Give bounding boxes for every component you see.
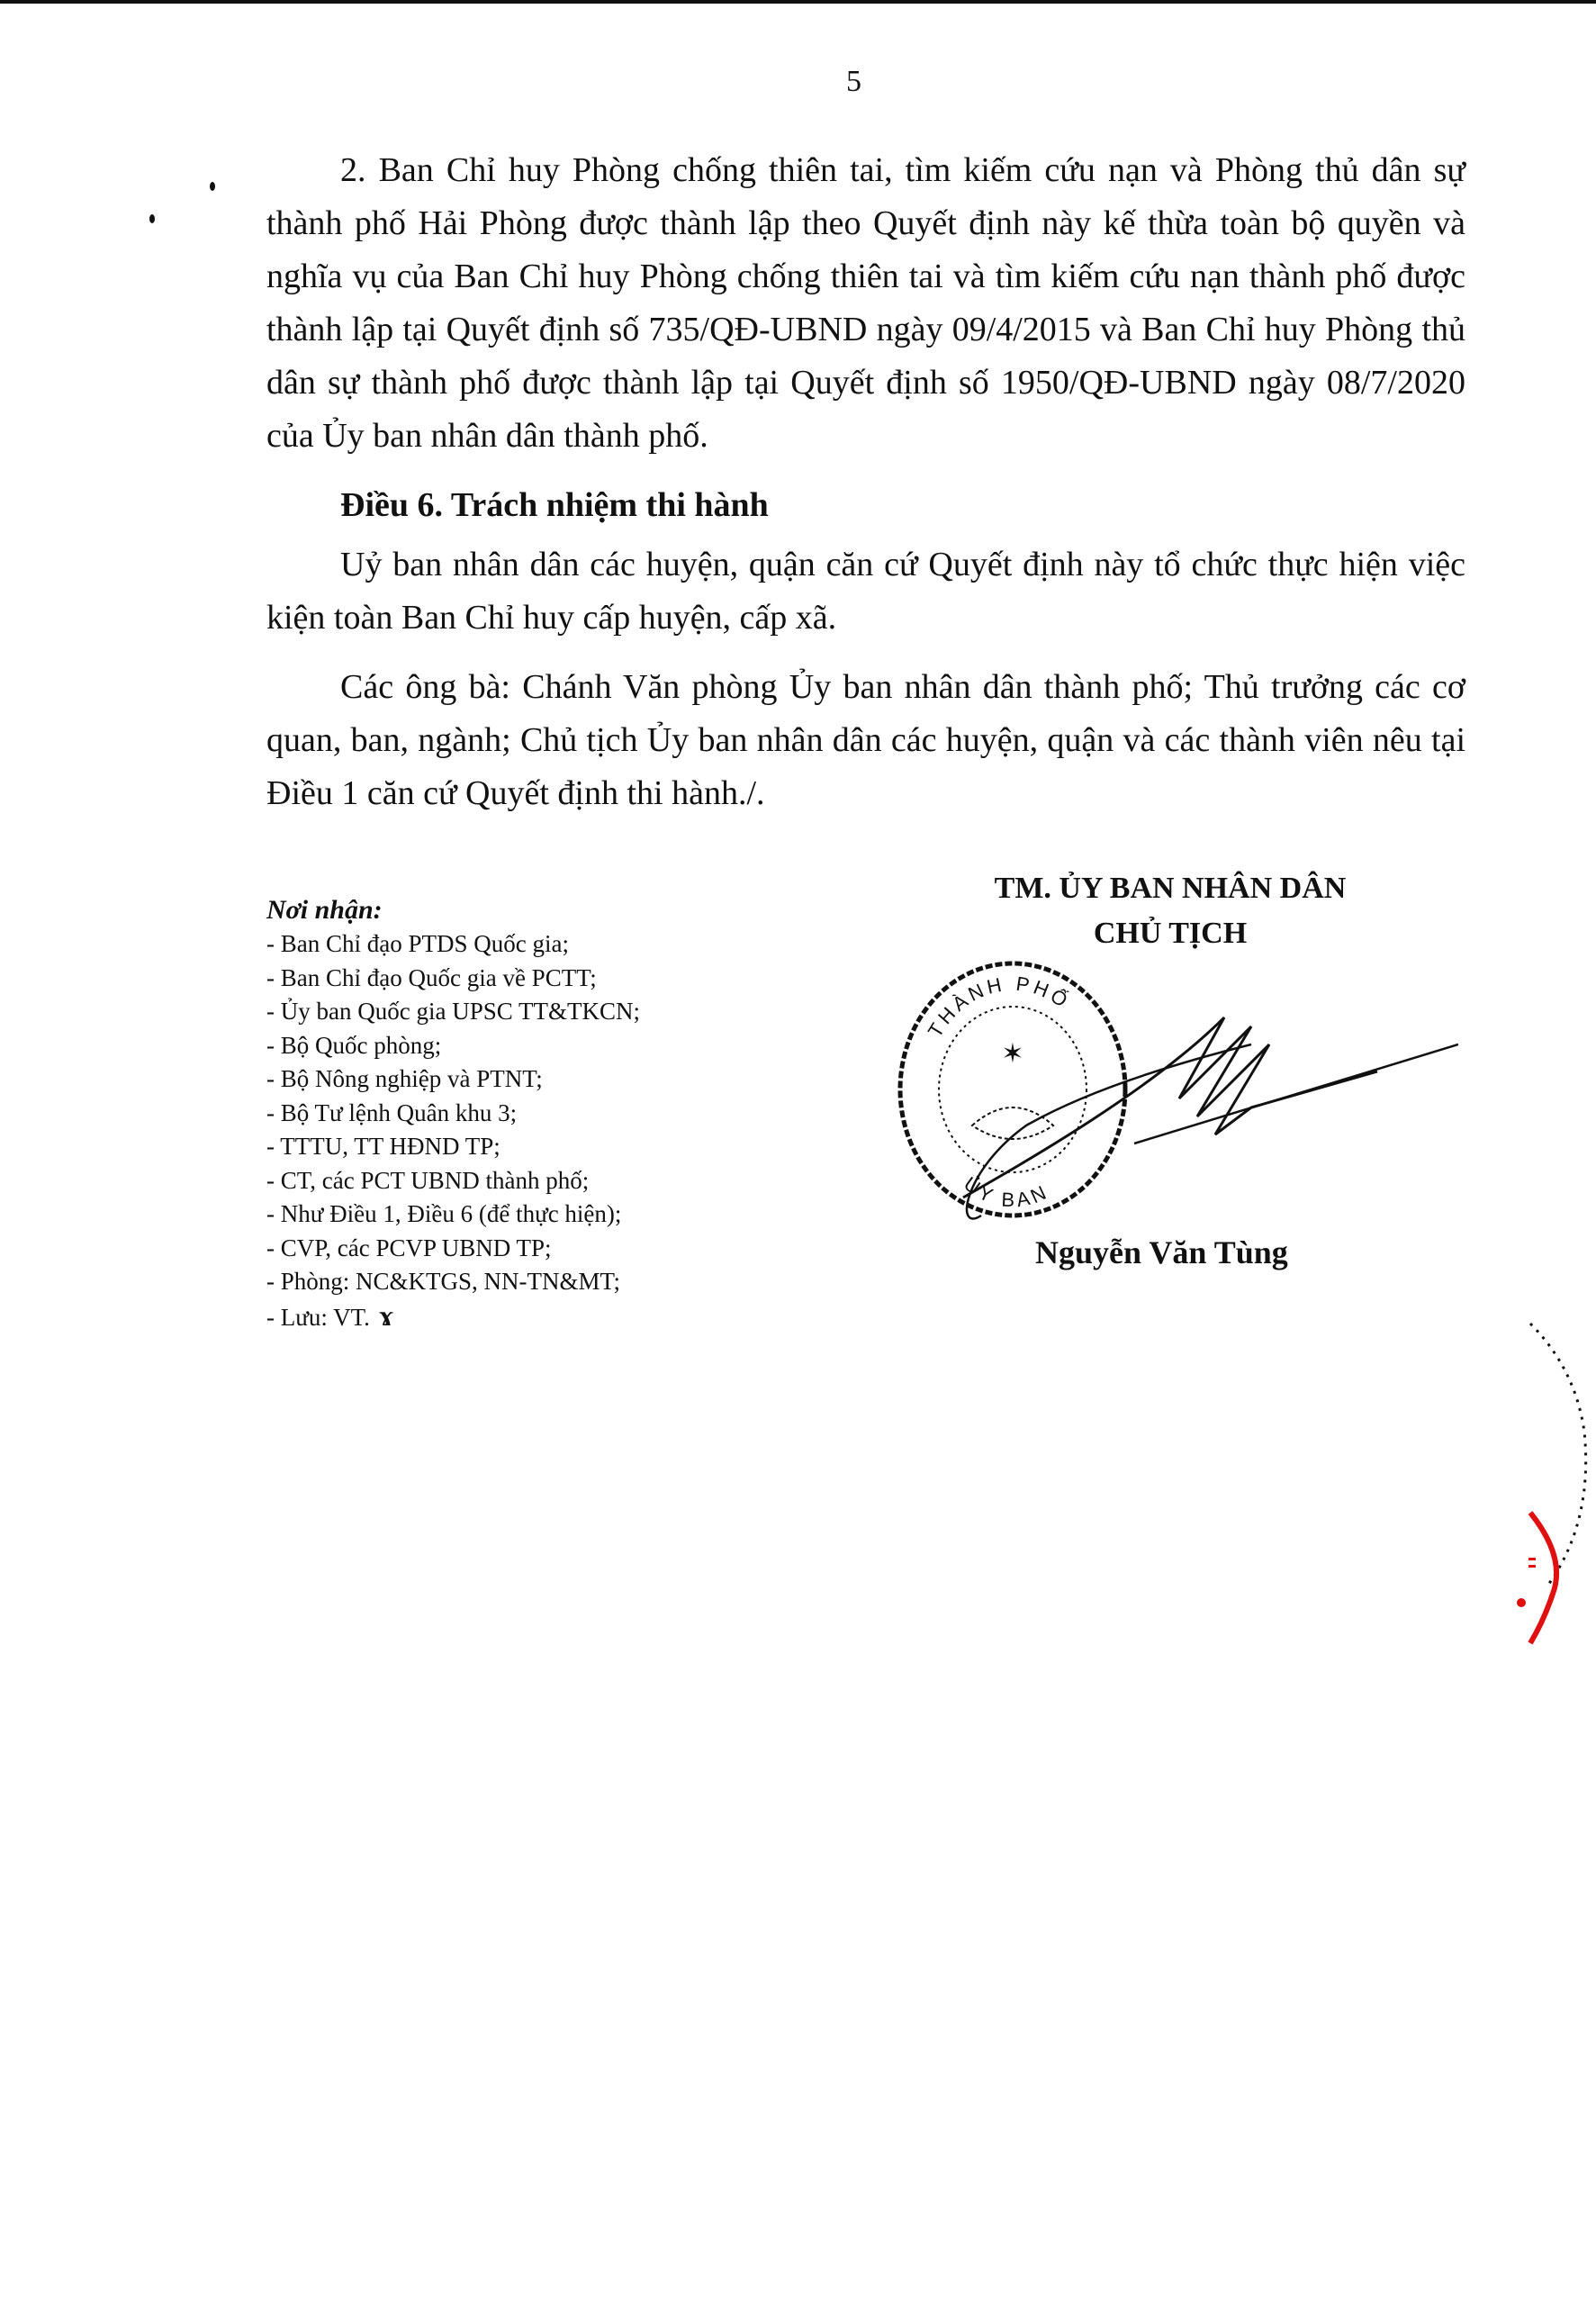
article-6-heading: Điều 6. Trách nhiệm thi hành (340, 485, 769, 525)
signature-block: TM. ỦY BAN NHÂN DÂN CHỦ TỊCH (900, 866, 1440, 956)
recipient-item: - Ủy ban Quốc gia UPSC TT&TKCN; (266, 995, 771, 1029)
recipient-item: - Bộ Tư lệnh Quân khu 3; (266, 1097, 771, 1131)
initial-mark: ɤ (379, 1299, 394, 1333)
recipient-item: - Ban Chỉ đạo Quốc gia về PCTT; (266, 962, 771, 996)
recipient-item: - CT, các PCT UBND thành phố; (266, 1164, 771, 1198)
page-number: 5 (846, 65, 861, 99)
recipient-item: - Phòng: NC&KTGS, NN-TN&MT; (266, 1265, 771, 1299)
recipient-item-text: - Lưu: VT. (266, 1304, 370, 1331)
recipient-item: - CVP, các PCVP UBND TP; (266, 1232, 771, 1266)
margin-seal-fragment-icon (1494, 1288, 1593, 1648)
scan-speck (149, 214, 155, 223)
article-6-paragraph-1: Uỷ ban nhân dân các huyện, quận căn cứ Q… (266, 538, 1465, 645)
recipient-item: - Ban Chỉ đạo PTDS Quốc gia; (266, 927, 771, 962)
signature-authority-line: TM. ỦY BAN NHÂN DÂN (900, 866, 1440, 911)
signer-name: Nguyễn Văn Tùng (1035, 1234, 1288, 1271)
handwritten-signature-icon (954, 990, 1458, 1225)
scan-speck (210, 182, 215, 191)
recipient-item: - Như Điều 1, Điều 6 (để thực hiện); (266, 1198, 771, 1232)
signature-position-line: CHỦ TỊCH (900, 911, 1440, 956)
recipient-list: - Ban Chỉ đạo PTDS Quốc gia; - Ban Chỉ đ… (266, 927, 771, 1334)
recipients-title: Nơi nhận: (266, 893, 771, 927)
recipients-block: Nơi nhận: - Ban Chỉ đạo PTDS Quốc gia; -… (266, 893, 771, 1334)
recipient-item: - Bộ Quốc phòng; (266, 1029, 771, 1063)
article-6-paragraph-2: Các ông bà: Chánh Văn phòng Ủy ban nhân … (266, 661, 1465, 820)
recipient-item: - TTTU, TT HĐND TP; (266, 1130, 771, 1164)
article-5-clause-2: 2. Ban Chỉ huy Phòng chống thiên tai, tì… (266, 144, 1465, 463)
scan-top-border (0, 0, 1596, 4)
recipient-item-archive: - Lưu: VT.ɤ (266, 1299, 771, 1335)
recipient-item: - Bộ Nông nghiệp và PTNT; (266, 1062, 771, 1097)
